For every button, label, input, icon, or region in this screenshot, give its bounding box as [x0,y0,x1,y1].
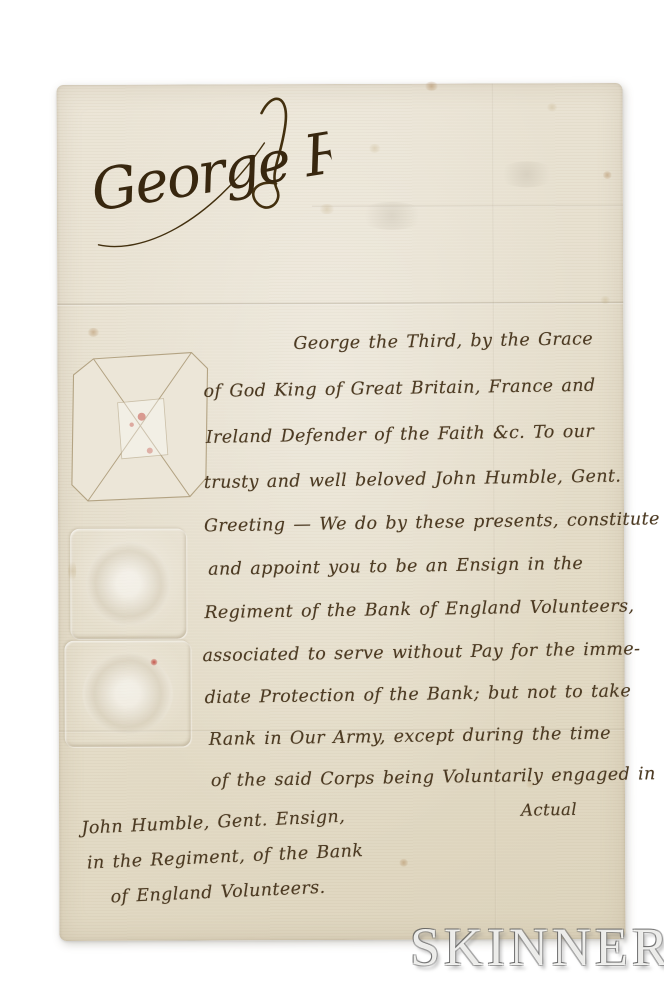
foxing-spot [547,103,558,111]
manuscript-line: of the said Corps being Voluntarily enga… [211,764,656,791]
embossed-crest [86,542,170,626]
wax-trace [147,448,153,454]
manuscript-line: and appoint you to be an Ensign in the [208,554,583,580]
seal-center-panel [118,399,168,459]
foxing-spot [424,82,438,91]
manuscript-line: Ireland Defender of the Faith &c. To our [206,422,595,448]
manuscript-line: trusty and well beloved John Humble, Gen… [204,466,622,493]
signature-text: George R [87,119,343,225]
skinner-watermark: SKINNER [410,916,664,978]
wax-trace [151,659,158,666]
manuscript-word-actual: Actual [521,800,577,820]
showthrough-smudge [357,202,427,230]
foxing-spot [526,780,535,788]
manuscript-line: Greeting — We do by these presents, cons… [204,509,664,537]
embossed-stamp [64,641,190,747]
showthrough-smudge [497,161,557,187]
george-r-signature: George R [72,81,343,269]
wax-trace [138,413,146,421]
manuscript-line: Rank in Our Army, except during the time [209,724,611,750]
foxing-spot [369,144,381,153]
foxing-spot [600,296,610,304]
document-paper: George R George the Third, by the Grace … [57,83,626,941]
foxing-spot [603,171,612,179]
embossed-stamp [70,529,186,639]
manuscript-line: of God King of Great Britain, France and [203,376,595,402]
foxing-spot [399,859,408,867]
manuscript-line: Regiment of the Bank of England Voluntee… [204,596,634,623]
foxing-spot [319,204,335,214]
fold-crease [57,301,623,306]
foxing-spot [87,328,99,337]
fold-crease [312,204,623,208]
docket-block: John Humble, Gent. Ensign, in the Regime… [81,806,362,923]
foxing-spot [68,560,76,582]
wax-trace [129,423,133,427]
manuscript-line: George the Third, by the Grace [293,329,593,354]
manuscript-line: diate Protection of the Bank; but not to… [205,681,632,708]
auction-photo: George R George the Third, by the Grace … [0,0,664,1000]
manuscript-line: associated to serve without Pay for the … [202,639,640,666]
embossed-crest [82,653,173,734]
paper-wafer-seal [65,350,216,507]
